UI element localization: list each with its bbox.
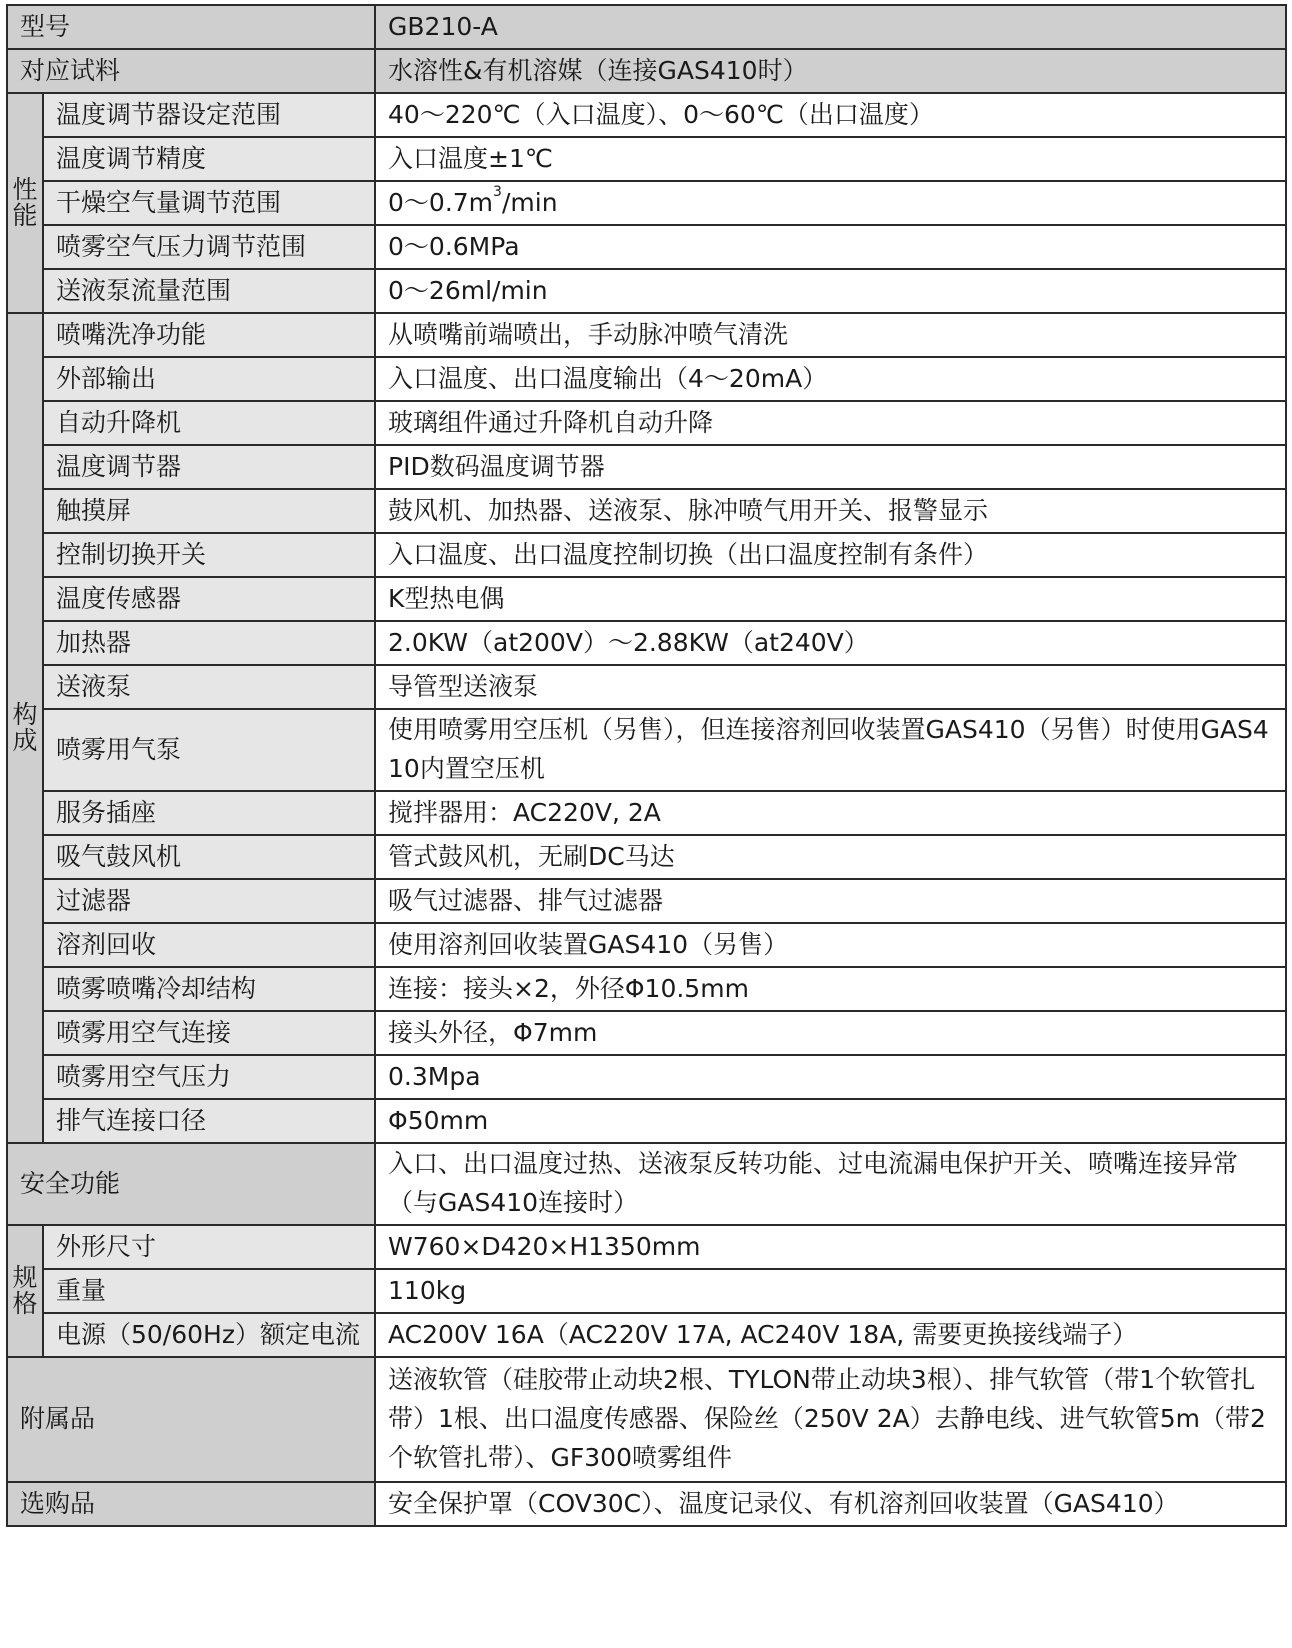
accessories-value: 送液软管（硅胶带止动块2根、TYLON带止动块3根）、排气软管（带1个软管扎带）… [375,1357,1286,1482]
row-model: 型号 GB210-A [7,5,1286,49]
table-row: 自动升降机玻璃组件通过升降机自动升降 [7,401,1286,445]
row-label: 重量 [43,1269,375,1313]
row-label: 喷嘴洗净功能 [43,313,375,357]
table-row: 喷雾空气压力调节范围 0～0.6MPa [7,225,1286,269]
row-label: 温度传感器 [43,577,375,621]
row-value: 入口温度、出口温度控制切换（出口温度控制有条件） [375,533,1286,577]
row-label: 服务插座 [43,791,375,835]
row-value: 玻璃组件通过升降机自动升降 [375,401,1286,445]
table-row: 喷雾用气泵使用喷雾用空压机（另售），但连接溶剂回收装置GAS410（另售）时使用… [7,709,1286,791]
safety-value: 入口、出口温度过热、送液泵反转功能、过电流漏电保护开关、喷嘴连接异常（与GAS4… [375,1143,1286,1225]
table-row: 溶剂回收使用溶剂回收装置GAS410（另售） [7,923,1286,967]
row-label: 外部输出 [43,357,375,401]
model-value: GB210-A [375,5,1286,49]
row-label: 温度调节器 [43,445,375,489]
row-value: PID数码温度调节器 [375,445,1286,489]
category-composition: 构成 [7,313,43,1143]
row-value: 使用溶剂回收装置GAS410（另售） [375,923,1286,967]
row-value: W760×D420×H1350mm [375,1225,1286,1269]
table-row: 喷雾喷嘴冷却结构连接：接头×2，外径Φ10.5mm [7,967,1286,1011]
row-label: 喷雾喷嘴冷却结构 [43,967,375,1011]
accessories-label: 附属品 [7,1357,375,1482]
spec-table: 型号 GB210-A 对应试料 水溶性&有机溶媒（连接GAS410时） 性能 温… [6,4,1287,1527]
table-row: 触摸屏鼓风机、加热器、送液泵、脉冲喷气用开关、报警显示 [7,489,1286,533]
row-value: 使用喷雾用空压机（另售），但连接溶剂回收装置GAS410（另售）时使用GAS41… [375,709,1286,791]
table-row: 吸气鼓风机管式鼓风机，无刷DC马达 [7,835,1286,879]
table-row: 过滤器吸气过滤器、排气过滤器 [7,879,1286,923]
row-label: 送液泵 [43,665,375,709]
table-row: 电源（50/60Hz）额定电流AC200V 16A（AC220V 17A, AC… [7,1313,1286,1357]
row-value: 110kg [375,1269,1286,1313]
row-value: 管式鼓风机，无刷DC马达 [375,835,1286,879]
category-performance: 性能 [7,93,43,313]
table-row: 温度调节器PID数码温度调节器 [7,445,1286,489]
row-label: 加热器 [43,621,375,665]
table-row: 温度传感器K型热电偶 [7,577,1286,621]
table-row: 排气连接口径Φ50mm [7,1099,1286,1143]
table-row: 服务插座搅拌器用：AC220V, 2A [7,791,1286,835]
table-row: 喷雾用空气压力0.3Mpa [7,1055,1286,1099]
table-row: 干燥空气量调节范围 0～0.7m3/min [7,181,1286,225]
table-row: 规格 外形尺寸 W760×D420×H1350mm [7,1225,1286,1269]
row-value: 吸气过滤器、排气过滤器 [375,879,1286,923]
model-label: 型号 [7,5,375,49]
row-options: 选购品 安全保护罩（COV30C）、温度记录仪、有机溶剂回收装置（GAS410） [7,1482,1286,1526]
table-row: 重量110kg [7,1269,1286,1313]
row-value: 入口温度、出口温度输出（4～20mA） [375,357,1286,401]
table-row: 送液泵流量范围 0～26ml/min [7,269,1286,313]
table-row: 外部输出入口温度、出口温度输出（4～20mA） [7,357,1286,401]
row-value: 40～220℃（入口温度）、0～60℃（出口温度） [375,93,1286,137]
row-value: K型热电偶 [375,577,1286,621]
row-sample: 对应试料 水溶性&有机溶媒（连接GAS410时） [7,49,1286,93]
spec-sheet: 型号 GB210-A 对应试料 水溶性&有机溶媒（连接GAS410时） 性能 温… [0,0,1292,1648]
row-label: 触摸屏 [43,489,375,533]
options-label: 选购品 [7,1482,375,1526]
row-value: 搅拌器用：AC220V, 2A [375,791,1286,835]
row-label: 自动升降机 [43,401,375,445]
row-value: 0.3Mpa [375,1055,1286,1099]
row-value: 接头外径，Φ7mm [375,1011,1286,1055]
row-label: 电源（50/60Hz）额定电流 [43,1313,375,1357]
row-label: 外形尺寸 [43,1225,375,1269]
row-value: 0～0.6MPa [375,225,1286,269]
row-label: 干燥空气量调节范围 [43,181,375,225]
row-label: 送液泵流量范围 [43,269,375,313]
row-label: 温度调节精度 [43,137,375,181]
row-label: 溶剂回收 [43,923,375,967]
row-value: Φ50mm [375,1099,1286,1143]
table-row: 性能 温度调节器设定范围 40～220℃（入口温度）、0～60℃（出口温度） [7,93,1286,137]
row-value: 2.0KW（at200V）～2.88KW（at240V） [375,621,1286,665]
table-row: 构成 喷嘴洗净功能 从喷嘴前端喷出，手动脉冲喷气清洗 [7,313,1286,357]
sample-value: 水溶性&有机溶媒（连接GAS410时） [375,49,1286,93]
row-value: 0～26ml/min [375,269,1286,313]
row-value: 从喷嘴前端喷出，手动脉冲喷气清洗 [375,313,1286,357]
row-label: 温度调节器设定范围 [43,93,375,137]
row-label: 吸气鼓风机 [43,835,375,879]
sample-label: 对应试料 [7,49,375,93]
row-value: 导管型送液泵 [375,665,1286,709]
row-accessories: 附属品 送液软管（硅胶带止动块2根、TYLON带止动块3根）、排气软管（带1个软… [7,1357,1286,1482]
safety-label: 安全功能 [7,1143,375,1225]
row-label: 喷雾用气泵 [43,709,375,791]
table-row: 加热器2.0KW（at200V）～2.88KW（at240V） [7,621,1286,665]
row-value: 鼓风机、加热器、送液泵、脉冲喷气用开关、报警显示 [375,489,1286,533]
row-value: AC200V 16A（AC220V 17A, AC240V 18A, 需要更换接… [375,1313,1286,1357]
table-row: 送液泵导管型送液泵 [7,665,1286,709]
table-row: 温度调节精度 入口温度±1℃ [7,137,1286,181]
row-label: 喷雾用空气压力 [43,1055,375,1099]
row-label: 喷雾空气压力调节范围 [43,225,375,269]
row-label: 排气连接口径 [43,1099,375,1143]
row-value: 连接：接头×2，外径Φ10.5mm [375,967,1286,1011]
category-specs: 规格 [7,1225,43,1357]
row-safety: 安全功能 入口、出口温度过热、送液泵反转功能、过电流漏电保护开关、喷嘴连接异常（… [7,1143,1286,1225]
table-row: 喷雾用空气连接接头外径，Φ7mm [7,1011,1286,1055]
row-value: 入口温度±1℃ [375,137,1286,181]
row-label: 控制切换开关 [43,533,375,577]
row-label: 喷雾用空气连接 [43,1011,375,1055]
table-row: 控制切换开关入口温度、出口温度控制切换（出口温度控制有条件） [7,533,1286,577]
row-value: 0～0.7m3/min [375,181,1286,225]
options-value: 安全保护罩（COV30C）、温度记录仪、有机溶剂回收装置（GAS410） [375,1482,1286,1526]
row-label: 过滤器 [43,879,375,923]
